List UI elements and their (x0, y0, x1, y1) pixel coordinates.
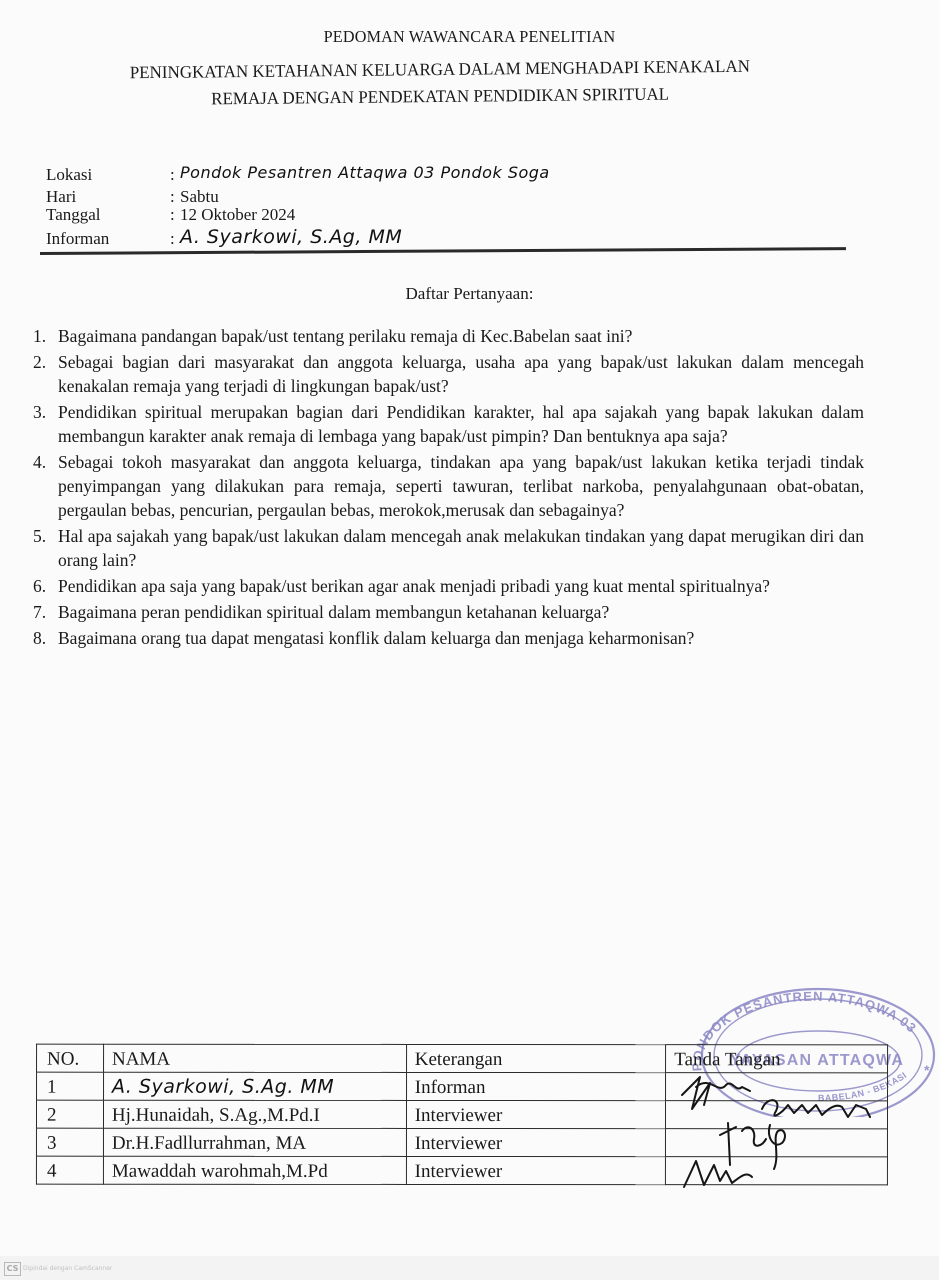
question-number: 8. (33, 626, 46, 650)
cell-nama: Dr.H.Fadllurrahman, MA (103, 1128, 406, 1156)
question-number: 6. (33, 574, 46, 598)
cell-nama: Mawaddah warohmah,M.Pd (103, 1156, 406, 1184)
meta-colon: : (170, 228, 175, 250)
question-item: 4.Sebagai tokoh masyarakat dan anggota k… (24, 450, 864, 522)
question-text: Pendidikan spiritual merupakan bagian da… (58, 400, 864, 448)
camscanner-logo: CS (4, 1262, 21, 1276)
cell-signature (666, 1157, 888, 1185)
question-number: 7. (33, 600, 46, 624)
cell-signature (666, 1129, 888, 1157)
column-header-tanda-tangan: Tanda Tangan (666, 1045, 888, 1073)
question-item: 7.Bagaimana peran pendidikan spiritual d… (24, 600, 864, 624)
cell-keterangan: Interviewer (406, 1156, 666, 1184)
document-page: PEDOMAN WAWANCARA PENELITIAN PENINGKATAN… (0, 0, 939, 1280)
question-item: 5.Hal apa sajakah yang bapak/ust lakukan… (24, 524, 864, 572)
document-subtitle: PENINGKATAN KETAHANAN KELUARGA DALAM MEN… (52, 52, 829, 114)
question-number: 2. (33, 350, 46, 374)
meta-value-handwritten: Pondok Pesantren Attaqwa 03 Pondok Soga (180, 164, 550, 181)
meta-value: 12 Oktober 2024 (180, 205, 295, 225)
document-title: PEDOMAN WAWANCARA PENELITIAN (23, 27, 915, 47)
cell-keterangan: Interviewer (406, 1100, 666, 1128)
table-header-row: NO. NAMA Keterangan Tanda Tangan (37, 1044, 888, 1073)
question-text: Bagaimana pandangan bapak/ust tentang pe… (58, 324, 864, 348)
cell-signature (666, 1073, 888, 1101)
meta-value: Sabtu (180, 188, 219, 205)
cell-no: 4 (36, 1156, 103, 1184)
question-item: 8.Bagaimana orang tua dapat mengatasi ko… (24, 626, 864, 650)
interview-metadata: Lokasi : Pondok Pesantren Attaqwa 03 Pon… (44, 166, 854, 250)
meta-row-tanggal: Tanggal : 12 Oktober 2024 (44, 205, 854, 228)
stamp-star-icon: * (924, 1062, 930, 1078)
question-number: 3. (33, 400, 46, 424)
meta-label: Hari (46, 188, 76, 205)
meta-row-lokasi: Lokasi : Pondok Pesantren Attaqwa 03 Pon… (44, 166, 854, 188)
meta-label: Lokasi (46, 166, 92, 183)
meta-colon: : (170, 205, 175, 225)
table-row: 2 Hj.Hunaidah, S.Ag.,M.Pd.I Interviewer (36, 1100, 887, 1129)
meta-label: Tanggal (46, 205, 101, 225)
question-text: Sebagai bagian dari masyarakat dan anggo… (58, 350, 864, 398)
column-header-nama: NAMA (103, 1044, 406, 1072)
cell-no: 3 (36, 1128, 103, 1156)
cell-nama-handwritten: A. Syarkowi, S.Ag. MM (103, 1072, 406, 1100)
meta-row-informan: Informan : A. Syarkowi, S.Ag, MM (44, 228, 854, 250)
cell-nama: Hj.Hunaidah, S.Ag.,M.Pd.I (103, 1100, 406, 1128)
meta-label: Informan (46, 228, 109, 250)
question-text: Pendidikan apa saja yang bapak/ust berik… (58, 574, 864, 598)
scanner-footer (0, 1256, 939, 1280)
table-row: 3 Dr.H.Fadllurrahman, MA Interviewer (36, 1128, 887, 1157)
question-item: 2.Sebagai bagian dari masyarakat dan ang… (24, 350, 864, 398)
meta-colon: : (170, 166, 175, 183)
question-text: Hal apa sajakah yang bapak/ust lakukan d… (58, 524, 864, 572)
questions-heading: Daftar Pertanyaan: (0, 284, 939, 304)
column-header-keterangan: Keterangan (406, 1044, 666, 1072)
signature-table: NO. NAMA Keterangan Tanda Tangan 1 A. Sy… (36, 1044, 888, 1186)
meta-colon: : (170, 188, 175, 205)
scanner-watermark-text: Dipindai dengan CamScanner (23, 1265, 112, 1272)
question-number: 1. (33, 324, 46, 348)
meta-row-hari: Hari : Sabtu (44, 188, 854, 205)
table-row: 1 A. Syarkowi, S.Ag. MM Informan (37, 1072, 888, 1101)
meta-value-handwritten: A. Syarkowi, S.Ag, MM (180, 226, 402, 248)
question-text: Bagaimana peran pendidikan spiritual dal… (58, 600, 864, 624)
question-item: 1.Bagaimana pandangan bapak/ust tentang … (24, 324, 864, 348)
questions-list: 1.Bagaimana pandangan bapak/ust tentang … (24, 324, 864, 652)
table-row: 4 Mawaddah warohmah,M.Pd Interviewer (36, 1156, 887, 1185)
question-item: 6.Pendidikan apa saja yang bapak/ust ber… (24, 574, 864, 598)
cell-no: 2 (36, 1100, 103, 1128)
cell-no: 1 (37, 1072, 104, 1100)
question-number: 4. (33, 450, 46, 474)
question-item: 3.Pendidikan spiritual merupakan bagian … (24, 400, 864, 448)
question-text: Bagaimana orang tua dapat mengatasi konf… (58, 626, 864, 650)
cell-keterangan: Interviewer (406, 1128, 666, 1156)
column-header-no: NO. (37, 1044, 104, 1072)
cell-keterangan: Informan (406, 1072, 666, 1100)
question-number: 5. (33, 524, 46, 548)
cell-signature (666, 1101, 888, 1129)
question-text: Sebagai tokoh masyarakat dan anggota kel… (58, 450, 864, 522)
